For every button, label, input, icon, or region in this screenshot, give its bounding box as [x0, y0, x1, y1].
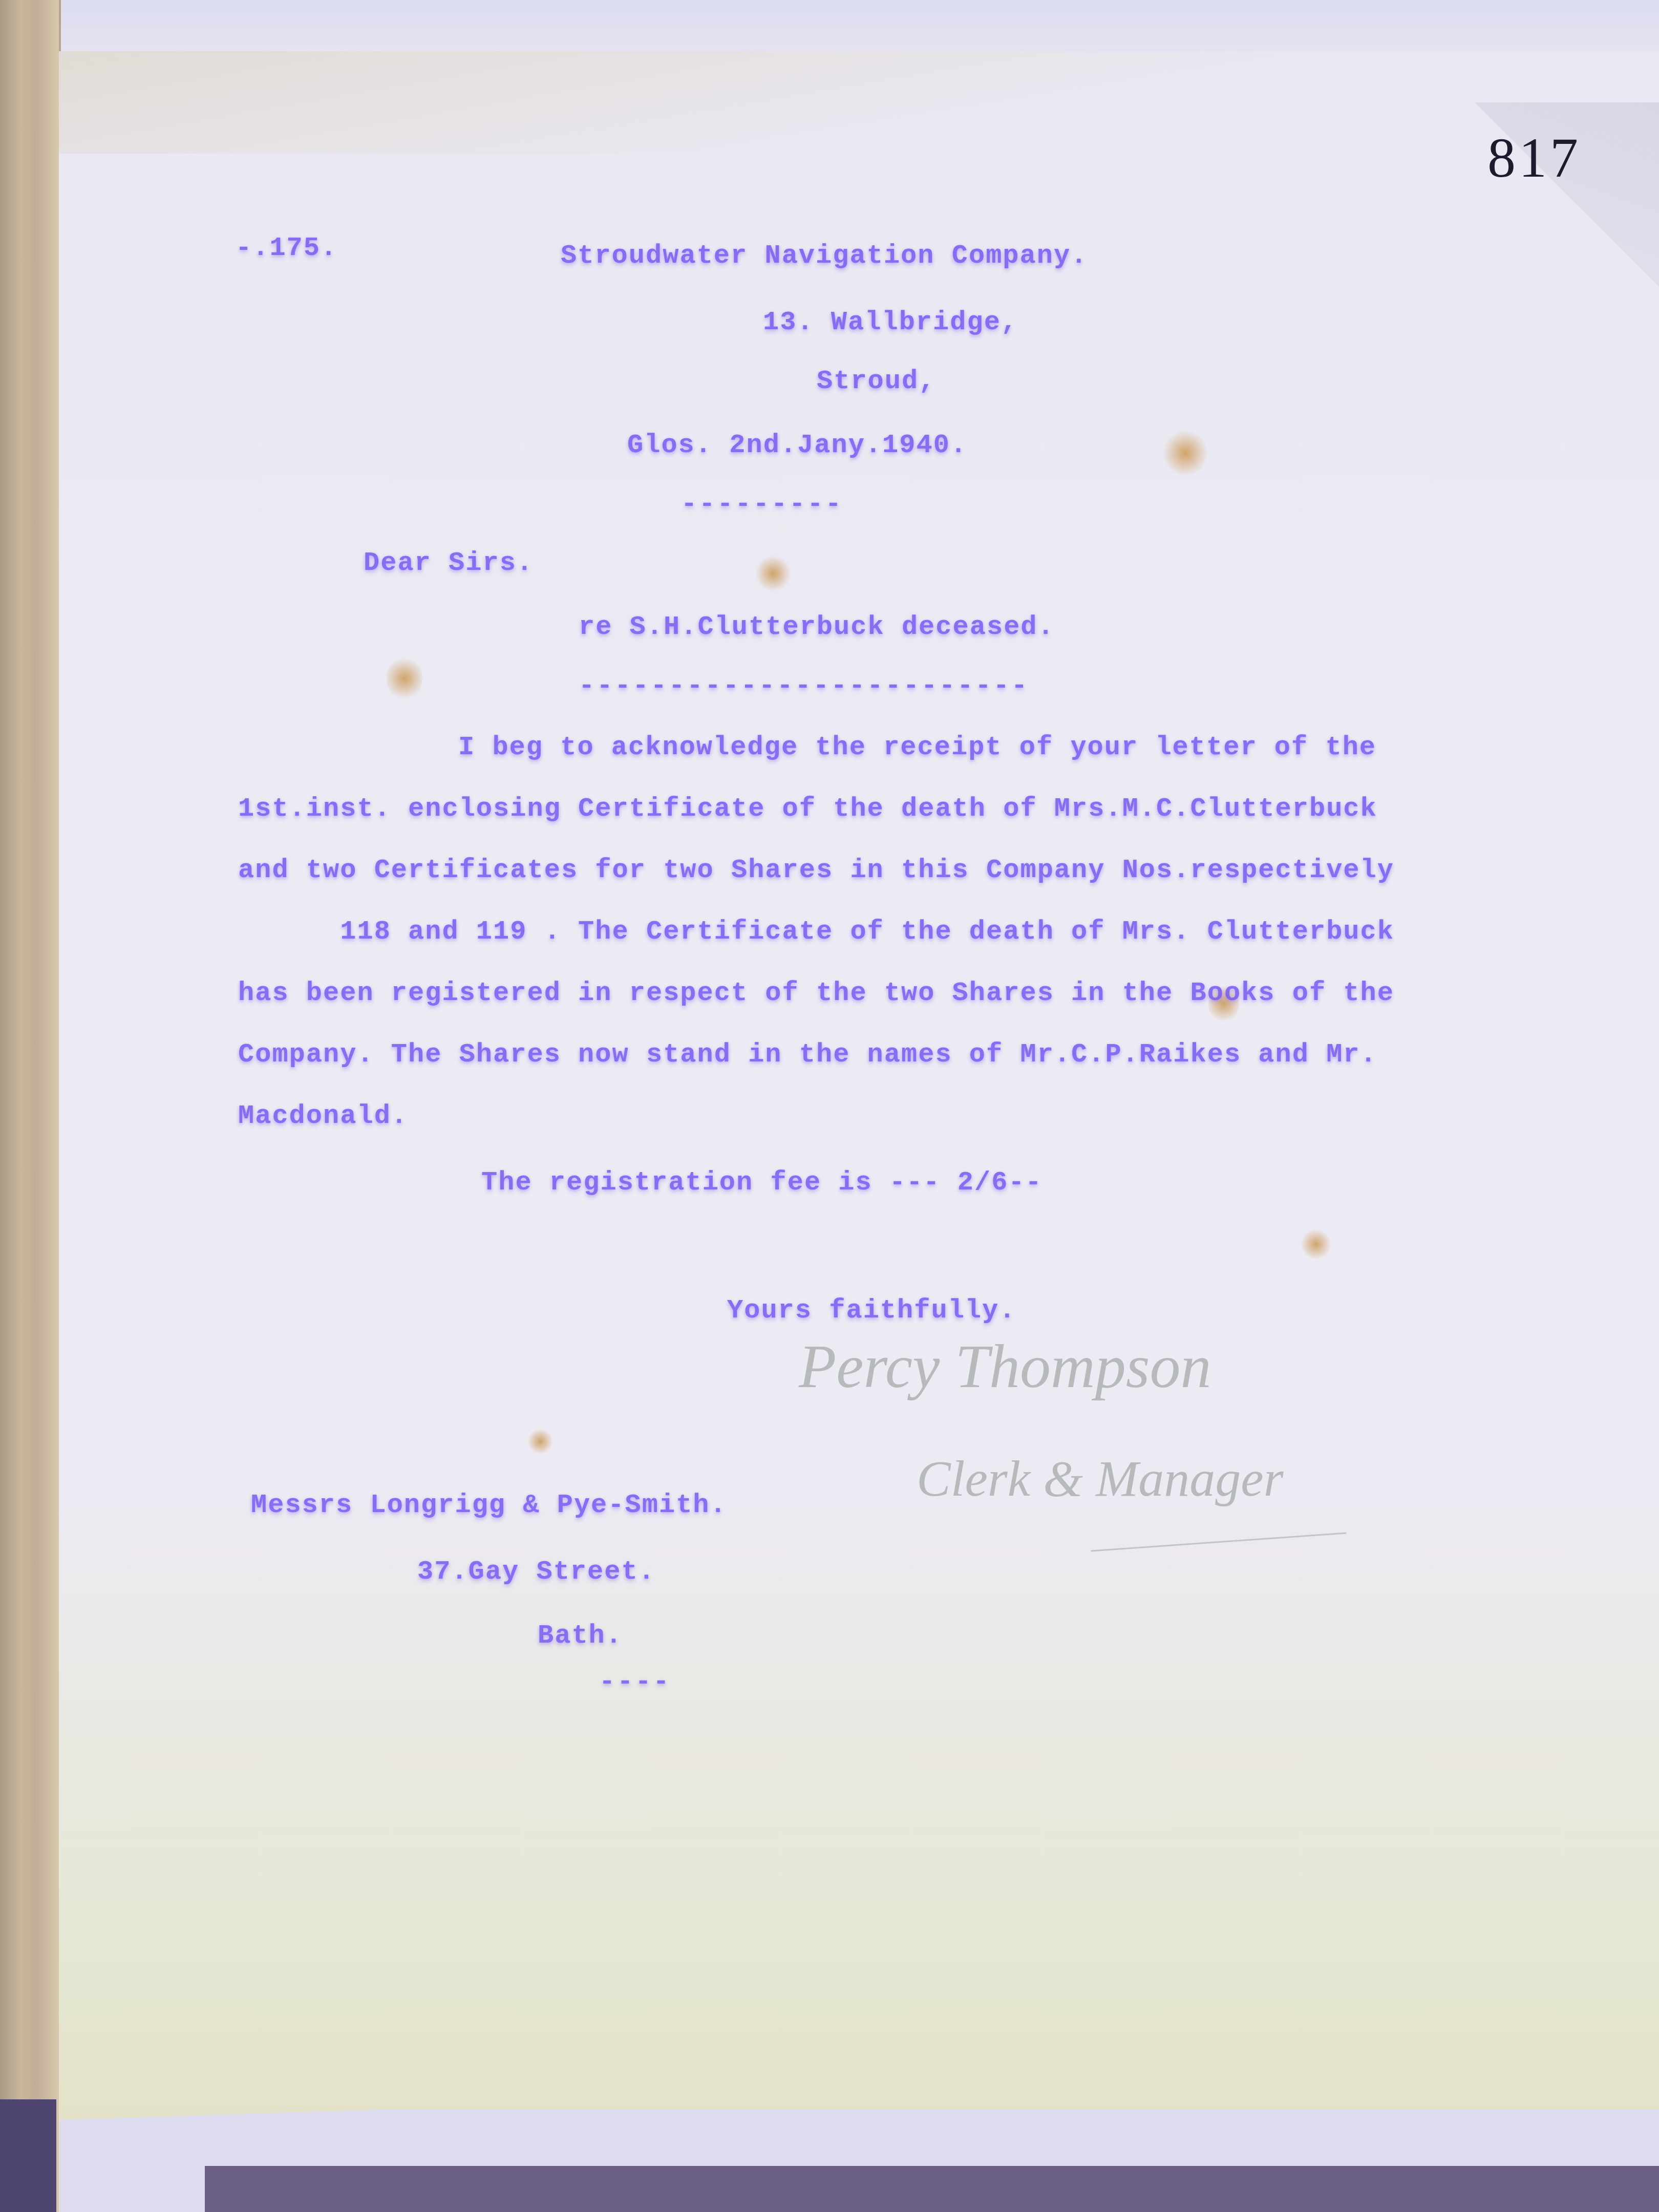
- letter-date: Glos. 2nd.Jany.1940.: [627, 430, 967, 460]
- recipient-divider: ----: [599, 1667, 671, 1697]
- body-line: has been registered in respect of the tw…: [238, 978, 1394, 1008]
- town: Stroud,: [817, 366, 935, 396]
- signature: Percy Thompson: [799, 1331, 1211, 1402]
- book-binding: [0, 0, 61, 2212]
- page-fold-shading: [59, 51, 1659, 154]
- body-line: 1st.inst. enclosing Certificate of the d…: [238, 794, 1377, 824]
- closing: Yours faithfully.: [727, 1295, 1016, 1326]
- folio-number: 817: [1487, 125, 1581, 190]
- foxing-stain: [1162, 430, 1208, 476]
- subject-line: re S.H.Clutterbuck deceased.: [579, 612, 1055, 642]
- foxing-stain: [387, 655, 422, 701]
- body-line: Company. The Shares now stand in the nam…: [238, 1039, 1377, 1070]
- body-line: 118 and 119 . The Certificate of the dea…: [238, 917, 1394, 947]
- recipient-name: Messrs Longrigg & Pye-Smith.: [251, 1490, 727, 1520]
- salutation: Dear Sirs.: [364, 548, 534, 578]
- body-line: Macdonald.: [238, 1101, 408, 1131]
- body-line: and two Certificates for two Shares in t…: [238, 855, 1394, 885]
- letter-reference: -.175.: [236, 233, 337, 263]
- recipient-street: 37.Gay Street.: [417, 1557, 655, 1587]
- binding-shadow: [0, 2099, 56, 2212]
- foxing-stain: [527, 1429, 553, 1454]
- backdrop-cloth: [205, 2166, 1659, 2212]
- address-line: 13. Wallbridge,: [763, 307, 1018, 337]
- signature-title: Clerk & Manager: [917, 1449, 1284, 1508]
- foxing-stain: [1301, 1229, 1331, 1260]
- foxing-stain: [755, 556, 791, 591]
- letter-page: [59, 51, 1659, 2120]
- body-line: I beg to acknowledge the receipt of your…: [458, 732, 1376, 762]
- header-divider: ---------: [681, 489, 843, 519]
- company-name: Stroudwater Navigation Company.: [561, 241, 1088, 271]
- registration-fee: The registration fee is --- 2/6--: [481, 1167, 1043, 1198]
- recipient-city: Bath.: [538, 1621, 623, 1651]
- subject-divider: -------------------------: [579, 671, 1029, 701]
